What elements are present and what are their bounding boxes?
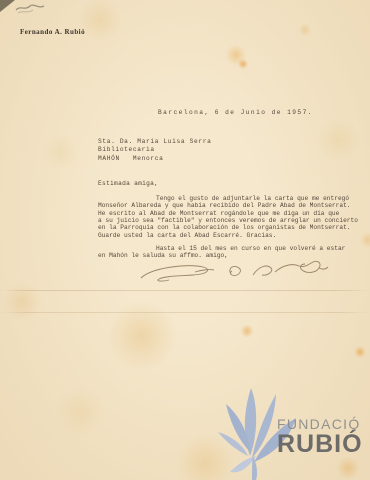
letterhead-sender-name: Fernando A. Rubió bbox=[20, 28, 85, 36]
logo-text-rubio: RUBIÓ bbox=[277, 432, 363, 456]
fundacio-rubio-logo: FUNDACIÓ RUBIÓ bbox=[218, 386, 370, 480]
paper-fold-crease bbox=[0, 312, 370, 313]
scanned-letter-page: Fernando A. Rubió Barcelona, 6 de Junio … bbox=[0, 0, 370, 480]
paper-fold-crease bbox=[0, 290, 370, 291]
recipient-address-block: Sta. Da. María Luisa SerraBibliotecariaM… bbox=[98, 138, 211, 163]
logo-text: FUNDACIÓ RUBIÓ bbox=[277, 417, 363, 456]
dateline: Barcelona, 6 de Junio de 1957. bbox=[158, 109, 313, 116]
salutation: Estimada amiga, bbox=[98, 180, 158, 187]
body-paragraph-1: Tengo el gusto de adjuntarle la carta qu… bbox=[98, 195, 358, 239]
pencil-annotation bbox=[2, 1, 50, 17]
signature-handwritten bbox=[135, 256, 330, 290]
